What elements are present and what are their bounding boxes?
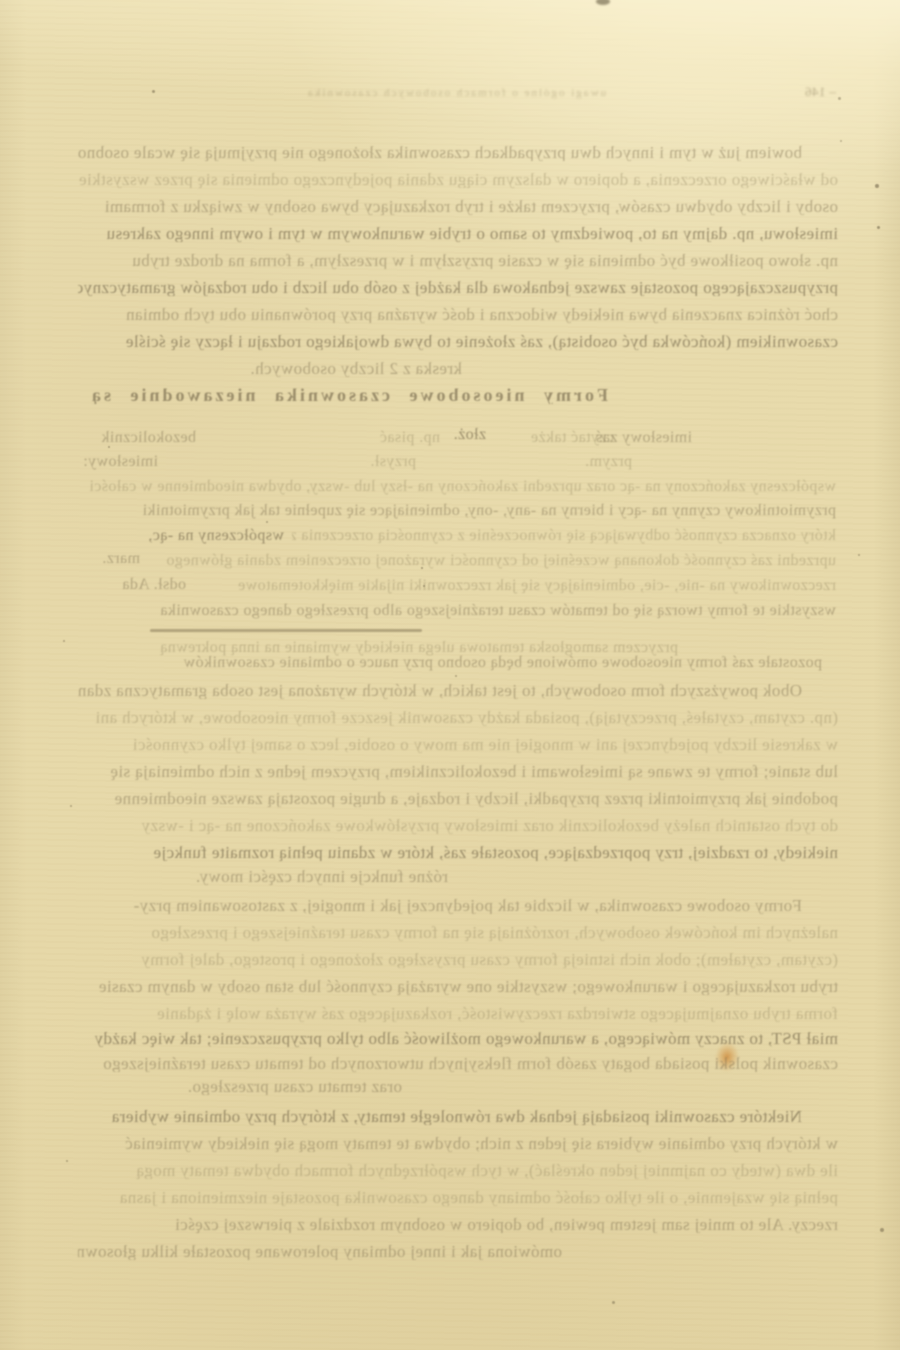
table-block-line: imiesłowy: <box>78 454 158 470</box>
paragraph-1-line: osoby i liczby obydwu czasów, przyczem t… <box>78 198 838 215</box>
paper-speck <box>63 640 65 642</box>
paper-speck <box>70 805 72 807</box>
paper-speck <box>66 1160 68 1162</box>
paragraph-1-line: od właściwego orzeczenia, a dopiero w da… <box>78 171 838 188</box>
table-block-line: przysł. <box>350 454 416 470</box>
paragraph-2-line: (np. czytam, czytałeś, przeczytają), pos… <box>78 709 838 726</box>
paragraph-1-line: imiesłowu, np. dajmy na to, powiedzmy to… <box>78 225 838 242</box>
paper-speck <box>421 567 423 569</box>
paragraph-2-line: niekiedy, to rzadziej, trzy poprzedzając… <box>78 844 838 861</box>
table-block-line: uprzedni zaś czynność dokonaną wcześniej… <box>150 553 836 569</box>
paper-speck <box>880 1228 884 1232</box>
paragraph-4-line: w których przy odmianie wybiera się jede… <box>78 1135 838 1152</box>
paragraph-3-line: czasownik polski posiada bogaty zasób fo… <box>78 1055 838 1072</box>
table-block-line: rzeczownikowy na -nie, -cie, odmieniając… <box>200 578 836 594</box>
table-block-line: złoż. <box>426 427 486 443</box>
table-block-line: który oznacza czynność odbywającą się ró… <box>292 528 836 544</box>
paper-speck <box>875 184 879 188</box>
paragraph-3-line: forma trybu oznajmującego stwierdza rzec… <box>78 1005 838 1022</box>
paper-speck <box>612 1301 615 1304</box>
running-head: uwagi ogólne o formach osobowych czasown… <box>210 88 702 99</box>
faded-rule <box>150 629 422 632</box>
paper-speck <box>840 140 842 142</box>
paragraph-3-line: oraz tematu czasu przeszłego. <box>78 1078 402 1095</box>
paper-speck <box>858 554 860 556</box>
paragraph-1-line: bowiem już w tym i innych dwu przypadkac… <box>78 144 802 161</box>
table-block-line: pozostałe zaś formy nieosobowe omówione … <box>78 655 822 671</box>
paragraph-3-line: należnych im końcówek osobowych, rozróżn… <box>78 924 838 941</box>
paragraph-4-line: ile dwa (wtedy co najmniej jeden określa… <box>78 1162 838 1179</box>
table-block-line: współczesny na -ąc, <box>78 528 284 544</box>
paper-speck <box>266 521 268 523</box>
paragraph-2-line: w zakresie liczby pojedynczej ani w mnog… <box>78 736 838 753</box>
paragraph-3-line: miał PST, to znaczy mówiącego, a warunko… <box>78 1030 838 1047</box>
paragraph-3-line: trybu rozkazującego i warunkowego; wszys… <box>78 978 838 995</box>
paragraph-1-line: np. słowo posiłkowe być odmienia się w c… <box>78 252 838 269</box>
top-edge-notch <box>596 0 610 5</box>
table-block-line: przym. <box>558 454 632 470</box>
paragraph-2-line: podobnie jak przymiotniki przez przypadk… <box>78 790 838 807</box>
page-number-fragment: – 146 <box>752 85 836 98</box>
paragraph-1-line: kreska z 2 liczby osobowych. <box>250 360 462 377</box>
paper-speck <box>838 97 841 100</box>
table-block-line: przymiotnikowy czynny na -ący i bierny n… <box>78 503 836 519</box>
paragraph-1-line: przypuszczającego pozostaje zawsze jedna… <box>78 279 838 296</box>
table-block-line: odsł. Ada <box>78 577 186 593</box>
table-block-line: współczesny zakończony na -ąc oraz uprze… <box>78 479 836 495</box>
paragraph-1-line: choć różnica znaczenia bywa niekiedy wid… <box>78 306 838 323</box>
paragraph-4-line: pełnią się wzajemnie, o ile tylko całość… <box>78 1189 838 1206</box>
table-block-line: marz. <box>78 551 140 567</box>
paper-speck <box>455 675 457 677</box>
paragraph-4-line: rzeczy. Ale to mniej sam jestem pewien, … <box>78 1216 838 1233</box>
paper-speck <box>877 226 880 229</box>
paragraph-2-line: lub stanie; formy te zwane są imiesłowam… <box>78 763 838 780</box>
paragraph-3-line: (czytam, czytałem); obok nich istnieją f… <box>78 951 838 968</box>
table-block-line: wszystkie te formy tworzą się od tematów… <box>78 603 836 619</box>
paper-speck <box>108 446 110 448</box>
table-block-line: imiesłowy zaś <box>560 430 692 446</box>
paragraph-4-line: omówiona jak i innej odmiany polerowane … <box>78 1243 562 1260</box>
paragraph-2-line: do tych ostatnich należy bezokolicznik o… <box>78 817 838 834</box>
paragraph-2-line: różne funkcje innych części mowy. <box>78 868 448 885</box>
paragraph-2-line: Obok powyższych form osobowych, to jest … <box>78 682 802 699</box>
scanned-page: uwagi ogólne o formach osobowych czasown… <box>0 0 900 1350</box>
section-heading-line: Formy nieosobowe czasownika niezawodnie … <box>80 386 608 404</box>
table-block-line: przyczem samogłoska tematowa ulega nieki… <box>78 640 678 656</box>
paper-speck <box>152 90 155 93</box>
paper-speck <box>423 585 425 587</box>
table-block-line: bezokolicznik <box>78 430 196 446</box>
paragraph-4-line: Niektóre czasowniki posiadają jednak dwa… <box>78 1108 802 1125</box>
paragraph-3-line: Formy osobowe czasownika, w liczbie tak … <box>78 897 802 914</box>
paragraph-1-line: czasownikiem (końcówka być osobistą), za… <box>78 333 838 350</box>
